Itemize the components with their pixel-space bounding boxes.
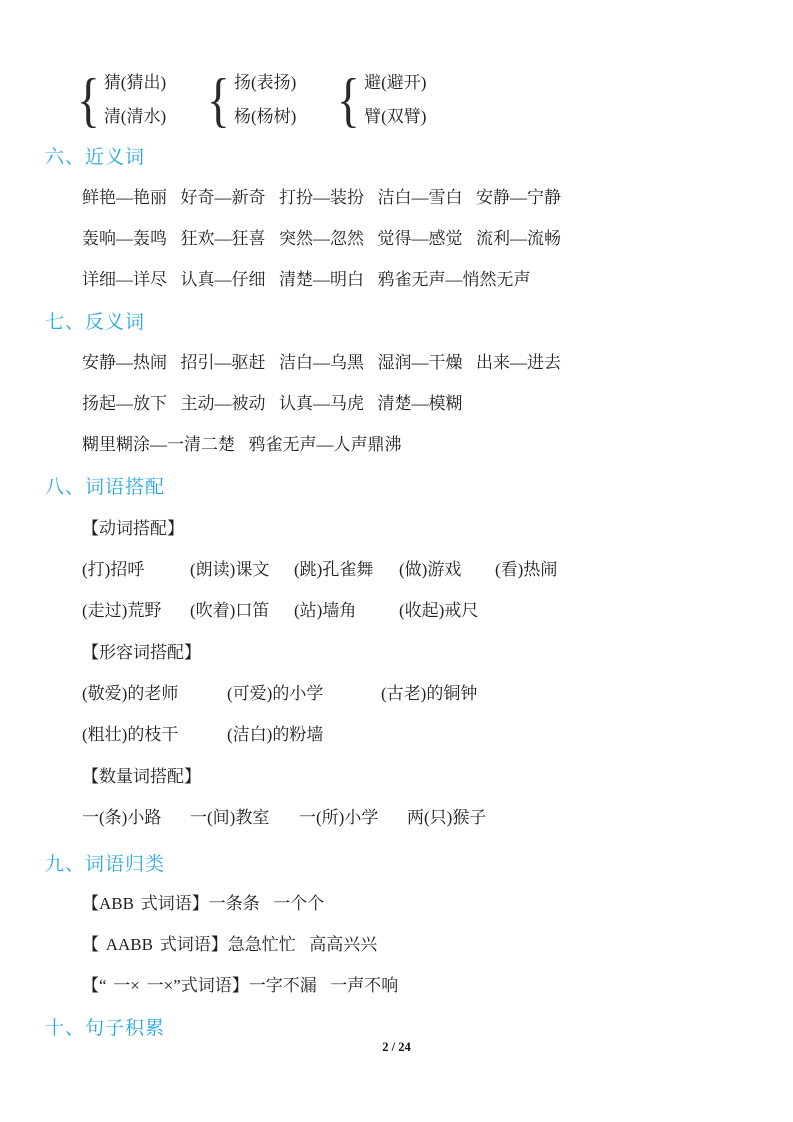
- left-brace-glyph: {: [77, 67, 100, 133]
- char-pair-top: 扬(表扬): [234, 66, 296, 100]
- char-pair-top: 避(避开): [364, 66, 426, 100]
- collocation-item: 一(所)小学: [299, 806, 407, 830]
- section-title-synonyms: 六、近义词: [45, 146, 145, 170]
- collocation-item: (朗读)课文: [190, 558, 294, 582]
- categorize-line: 【ABB 式词语】一条条 一个个: [82, 892, 324, 916]
- collocation-item: (吹着)口笛: [190, 599, 294, 623]
- collocation-item: (打)招呼: [82, 558, 190, 582]
- brace-group: { 猜(猜出) 清(清水): [74, 66, 166, 134]
- adjective-collocation-row: (粗壮)的枝干 (洁白)的粉墙: [82, 723, 381, 747]
- collocation-item: (做)游戏: [399, 558, 495, 582]
- brace-group: { 避(避开) 臂(双臂): [334, 66, 426, 134]
- collocation-item: (古老)的铜钟: [381, 682, 477, 706]
- synonym-line: 轰响—轰鸣 狂欢—狂喜 突然—忽然 觉得—感觉 流利—流畅: [82, 227, 561, 251]
- verb-collocation-row: (走过)荒野 (吹着)口笛 (站)墙角 (收起)戒尺: [82, 599, 495, 623]
- collocation-item: (洁白)的粉墙: [227, 723, 381, 747]
- section-title-sentences: 十、句子积累: [45, 1017, 165, 1041]
- char-pair-bottom: 臂(双臂): [364, 100, 426, 134]
- adjective-collocation-row: (敬爱)的老师 (可爱)的小学 (古老)的铜钟: [82, 682, 477, 706]
- char-pair-bottom: 杨(杨树): [234, 100, 296, 134]
- page-number: 2 / 24: [0, 1040, 793, 1055]
- collocation-item: 一(间)教室: [190, 806, 299, 830]
- antonym-line: 扬起—放下 主动—被动 认真—马虎 清楚—模糊: [82, 392, 463, 416]
- categorize-line: 【 AABB 式词语】急急忙忙 高高兴兴: [82, 933, 377, 957]
- verb-collocation-row: (打)招呼 (朗读)课文 (跳)孔雀舞 (做)游戏 (看)热闹: [82, 558, 557, 582]
- brace-group: { 扬(表扬) 杨(杨树): [204, 66, 296, 134]
- collocation-item: (粗壮)的枝干: [82, 723, 227, 747]
- document-page: { 猜(猜出) 清(清水) { 扬(表扬) 杨(杨树) { 避(避开) 臂(双臂…: [0, 0, 793, 1122]
- section-title-antonyms: 七、反义词: [45, 311, 145, 335]
- character-comparison-groups: { 猜(猜出) 清(清水) { 扬(表扬) 杨(杨树) { 避(避开) 臂(双臂…: [74, 66, 426, 134]
- collocation-item: (站)墙角: [294, 599, 399, 623]
- subsection-title-adjective: 【形容词搭配】: [82, 641, 201, 665]
- collocation-item: (可爱)的小学: [227, 682, 381, 706]
- section-title-categorize: 九、词语归类: [45, 853, 165, 877]
- left-brace-glyph: {: [207, 67, 230, 133]
- section-title-collocation: 八、词语搭配: [45, 476, 165, 500]
- antonym-line: 安静—热闹 招引—驱赶 洁白—乌黑 湿润—干燥 出来—进去: [82, 351, 561, 375]
- char-pair-top: 猜(猜出): [104, 66, 166, 100]
- collocation-item: (看)热闹: [495, 558, 557, 582]
- collocation-item: 两(只)猴子: [407, 806, 486, 830]
- antonym-line: 糊里糊涂—一清二楚 鸦雀无声—人声鼎沸: [82, 433, 402, 457]
- quantifier-collocation-row: 一(条)小路 一(间)教室 一(所)小学 两(只)猴子: [82, 806, 486, 830]
- left-brace-glyph: {: [337, 67, 360, 133]
- collocation-item: (收起)戒尺: [399, 599, 495, 623]
- collocation-item: (敬爱)的老师: [82, 682, 227, 706]
- subsection-title-verb: 【动词搭配】: [82, 517, 184, 541]
- collocation-item: (跳)孔雀舞: [294, 558, 399, 582]
- categorize-line: 【“ 一× 一×”式词语】一字不漏 一声不响: [82, 974, 398, 998]
- synonym-line: 详细—详尽 认真—仔细 清楚—明白 鸦雀无声—悄然无声: [82, 268, 531, 292]
- char-pair-bottom: 清(清水): [104, 100, 166, 134]
- collocation-item: (走过)荒野: [82, 599, 190, 623]
- synonym-line: 鲜艳—艳丽 好奇—新奇 打扮—装扮 洁白—雪白 安静—宁静: [82, 186, 561, 210]
- subsection-title-quantifier: 【数量词搭配】: [82, 765, 201, 789]
- collocation-item: 一(条)小路: [82, 806, 190, 830]
